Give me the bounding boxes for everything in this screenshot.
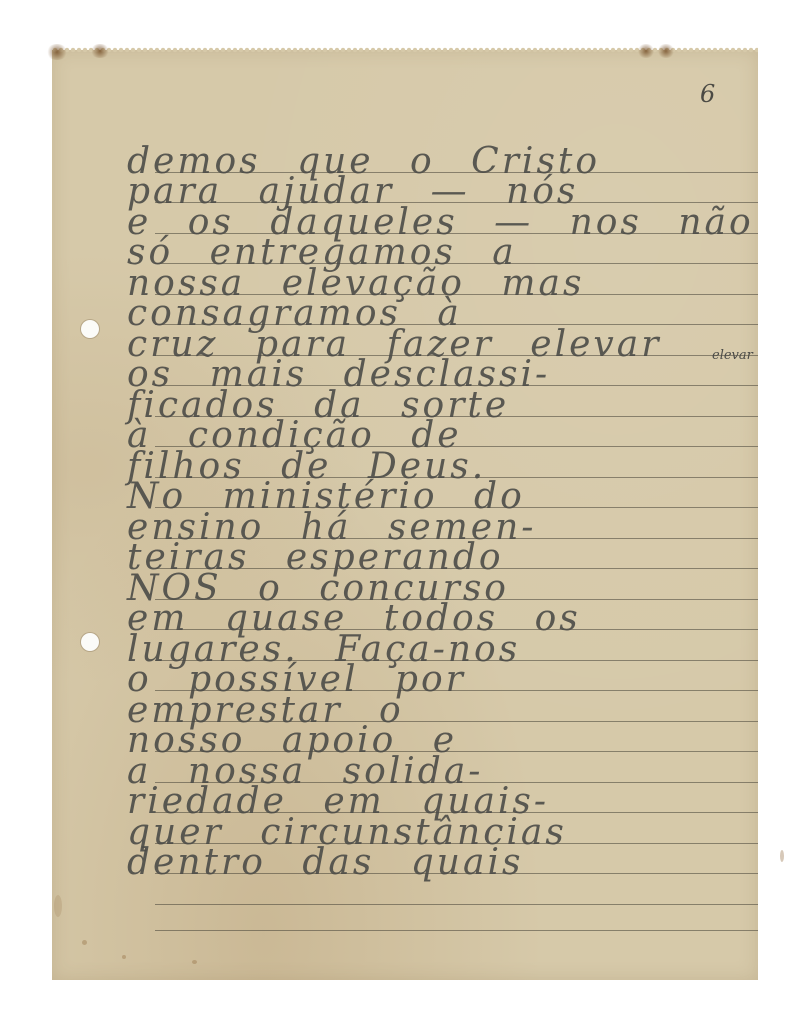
stain	[637, 44, 655, 58]
inserted-word: elevar	[712, 348, 753, 363]
stain	[46, 44, 68, 60]
page-number: 6	[700, 80, 715, 108]
punch-hole	[81, 320, 99, 338]
ruled-line	[155, 904, 758, 905]
foxing-spot	[192, 960, 197, 964]
handwritten-line: dentro das quais	[127, 845, 767, 881]
foxing-spot	[82, 940, 87, 945]
manuscript-page: 6 demos que o Cristo para ajudar — nós e…	[52, 50, 758, 980]
ruled-line	[155, 930, 758, 931]
foxing-spot	[780, 850, 784, 862]
foxing-spot	[122, 955, 126, 959]
punch-hole	[81, 633, 99, 651]
stain	[90, 44, 110, 58]
foxing-spot	[54, 895, 62, 917]
stain	[657, 44, 675, 58]
